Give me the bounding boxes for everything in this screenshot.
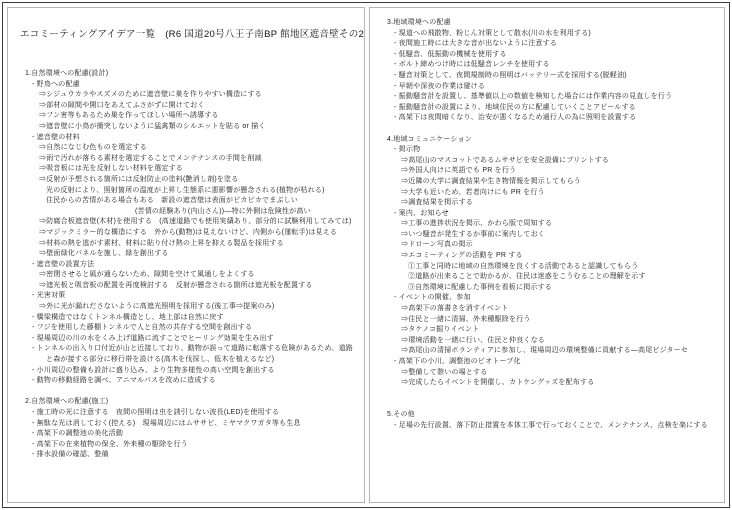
text-line: - 振動騒音計の設置により、地域住民の方に配慮していくことアピールする	[370, 103, 722, 114]
text-line: ⇒高架下の落書きを消すイベント	[370, 304, 722, 315]
document-title: エコミーティングアイデア一覧 (R6 国道20号八王子南BP 館地区遮音壁その2…	[8, 26, 362, 40]
text-line: - 動物の移動経路を調べ、アニマルパスを改めに造成する	[8, 376, 362, 387]
text-line: - 高架下の小川、調整池のビオトープ化	[370, 357, 722, 368]
text-line: ⇒工事の進捗状況を掲示、かわら版で周知する	[370, 219, 722, 230]
text-line: ⇒マジックミラー的な構造にする 外から(動物)は見えないけど、内側から(運転手)…	[8, 228, 362, 239]
text-line: ⇒タケノコ掘りイベント	[370, 325, 722, 336]
text-line: - フジを使用した藤棚トンネルで人と自然の共存する空間を創出する	[8, 323, 362, 334]
text-line: - 騒音対策として、夜間規制時の照明はバッテリー式を採用する(脱軽油)	[370, 71, 722, 82]
document-frame: エコミーティングアイデア一覧 (R6 国道20号八王子南BP 館地区遮音壁その2…	[2, 2, 730, 508]
text-line: - 低騒音、低振動の機械を使用する	[370, 50, 722, 61]
text-line: - 高架下の調整池の美化活動	[8, 429, 362, 440]
text-line: ⇒大学も近いため、若者向けにも PR を行う	[370, 188, 722, 199]
page-1-content: エコミーティングアイデア一覧 (R6 国道20号八王子南BP 館地区遮音壁その2…	[8, 8, 364, 461]
text-line: - 無駄な光は消しておく(控える) 現場周辺にはムササビ、ミヤマクワガタ等も生息	[8, 419, 362, 430]
text-line: - 光害対策	[8, 291, 362, 302]
text-line: - 振動騒音計を設置し、基準値以上の数値を検知した場合には作業内容の見直しを行う	[370, 92, 722, 103]
spacer	[370, 389, 722, 400]
text-line: ⇒完成したらイベントを開催し、カトケングッズを配布する	[370, 378, 722, 389]
text-line: ⇒部材の隙間や開口をあえてふさがずに開けておく	[8, 101, 362, 112]
text-line: ⇒密閉させると風が通らないため、隙間を空けて風通しをよくする	[8, 270, 362, 281]
text-line: ⇒高尾山のマスコットであるムササビを安全設備にプリントする	[370, 156, 722, 167]
text-line: (苦情の経験あり(内山さん))―特に外側は危険性が高い	[8, 207, 362, 218]
text-line: ⇒吸音板には光を反射しない材料を選定する	[8, 164, 362, 175]
text-line: ⇒フン害等もあるため巣を作ってほしい場所へ誘導する	[8, 111, 362, 122]
text-line: ⇒反射が予想される箇所には反射防止の塗料(艶消し剤)を塗る	[8, 175, 362, 186]
text-line: - 小川周辺の整備も設計に盛り込み、より生物多様性の高い空間を創出する	[8, 366, 362, 377]
text-line: - 足場の先行設置、落下防止措置を本体工事で行っておくことで、メンテナンス、点検…	[370, 421, 722, 432]
text-line: - トンネルの出入り口付近が山と近接しており、動物が誤って道路に転落する危険があ…	[8, 344, 362, 355]
text-line: ⇒外に光が漏れださないように高遮光照明を採用する(後工事⇒提案のみ)	[8, 302, 362, 313]
text-line: ⇒近隣の大学に調査結果や生き物情報を掲示してもらう	[370, 177, 722, 188]
text-line: - ボルト締めつけ時には低騒音レンチを使用する	[370, 60, 722, 71]
text-line: - 高架下の在来植物の保全、外来種の駆除を行う	[8, 440, 362, 451]
spacer	[370, 399, 722, 410]
text-line: ⇒材料の熱を逃がす素材、材料に貼り付け熱の上昇を抑える製品を採用する	[8, 239, 362, 250]
text-line: ⇒遮光板と吸音板の配置を再度検討する 反射が懸念される箇所は遮光板を配置する	[8, 281, 362, 292]
page-1: エコミーティングアイデア一覧 (R6 国道20号八王子南BP 館地区遮音壁その2…	[7, 7, 365, 503]
text-line: ⇒エコミーティングの活動を PR する	[370, 251, 722, 262]
text-line: ⇒自然になじむ色ものを選定する	[8, 143, 362, 154]
spacer	[370, 124, 722, 135]
text-line: ①工事と同時に地域の自然環境を良くする活動であると認識してもらう	[370, 262, 722, 273]
text-line: - 現道への飛散物、粉じん対策として散水(川の水を利用する)	[370, 29, 722, 40]
text-line: - 野鳥への配慮	[8, 80, 362, 91]
text-line: - 排水設備の確認、整備	[8, 450, 362, 461]
text-line: ②道路が出来ることで助かるが、住民は迷惑をこうむることの理解を示す	[370, 272, 722, 283]
page-1-lines: 1.自然環境への配慮(設計)- 野鳥への配慮⇒シジュウカラやスズメのために遮音壁…	[8, 69, 362, 461]
text-line: ⇒防腐合板遮音壁(木材)を使用する (高速道路でも使用実績あり、部分的に試験利用…	[8, 217, 362, 228]
text-line: ⇒ドローン写真の掲示	[370, 240, 722, 251]
text-line: 住民からの苦情がある場合もある 新設の遮音壁は表面がピカピカでまぶしい	[8, 196, 362, 207]
text-line: - 早朝や深夜の作業は避ける	[370, 82, 722, 93]
text-line: と森が接する部分に移行帯を設ける(高木を伐採し、低木を植えるなど)	[8, 355, 362, 366]
page-2: 3.地域環境への配慮- 現道への飛散物、粉じん対策として散水(川の水を利用する)…	[369, 7, 725, 503]
page-2-lines: 3.地域環境への配慮- 現道への飛散物、粉じん対策として散水(川の水を利用する)…	[370, 18, 722, 431]
section-heading: 4.地域コミュニケーション	[370, 135, 722, 146]
text-line: ③自然環境に配慮した事例を看板に掲示する	[370, 283, 722, 294]
text-line: - 遮音壁の設置方法	[8, 260, 362, 271]
text-line: - 高架下は夜間暗くなり、治安が悪くなるため通行人の為に照明を設置する	[370, 113, 722, 124]
text-line: ⇒高尾山の清掃ボランティアに参加し、現場周辺の環境整備に貢献する―高尾ビジターセ	[370, 346, 722, 357]
text-line: - 橋梁構造ではなくトンネル構造とし、地上部は自然に戻す	[8, 313, 362, 324]
section-heading: 2.自然環境への配慮(施工)	[8, 397, 362, 408]
section-heading: 3.地域環境への配慮	[370, 18, 722, 29]
text-line: ⇒整備して憩いの場とする	[370, 368, 722, 379]
text-line: ⇒調査結果を掲示する	[370, 198, 722, 209]
text-line: - 掲示物	[370, 145, 722, 156]
text-line: - イベントの開催、参加	[370, 293, 722, 304]
text-line: - 案内、お知らせ	[370, 209, 722, 220]
text-line: ⇒いつ騒音が発生するか事前に案内しておく	[370, 230, 722, 241]
text-line: - 施工時の光に注意する 夜間の照明は虫を誘引しない波長(LED)を使用する	[8, 408, 362, 419]
spacer	[8, 387, 362, 398]
section-heading: 5.その他	[370, 410, 722, 421]
text-line: ⇒遮音壁に小鳥が衝突しないように猛禽類のシルエットを貼る or 描く	[8, 122, 362, 133]
text-line: ⇒壁面緑化パネルを施し、緑を創出する	[8, 249, 362, 260]
text-line: ⇒外国人向けに英語でも PR を行う	[370, 166, 722, 177]
text-line: ⇒環境活動を一緒に行い、住民と仲良くなる	[370, 336, 722, 347]
text-line: - 遮音壁の材料	[8, 133, 362, 144]
text-line: 光の反射により、照射箇所の温度が上昇し生態系に悪影響が懸念される(植物が枯れる)	[8, 186, 362, 197]
text-line: ⇒住民と一緒に清掃、外来種駆除を行う	[370, 315, 722, 326]
text-line: - 現場周辺の川の水をくみ上げ道路に流すことでヒーリング効果を生み出す	[8, 334, 362, 345]
section-heading: 1.自然環境への配慮(設計)	[8, 69, 362, 80]
page-2-content: 3.地域環境への配慮- 現道への飛散物、粉じん対策として散水(川の水を利用する)…	[370, 8, 724, 431]
text-line: ⇒雨で汚れが落ちる素材を選定することでメンテナンスの手間を削減	[8, 154, 362, 165]
text-line: - 夜間施工時には大きな音が出ないように注意する	[370, 39, 722, 50]
text-line: ⇒シジュウカラやスズメのために遮音壁に巣を作りやすい構造にする	[8, 90, 362, 101]
